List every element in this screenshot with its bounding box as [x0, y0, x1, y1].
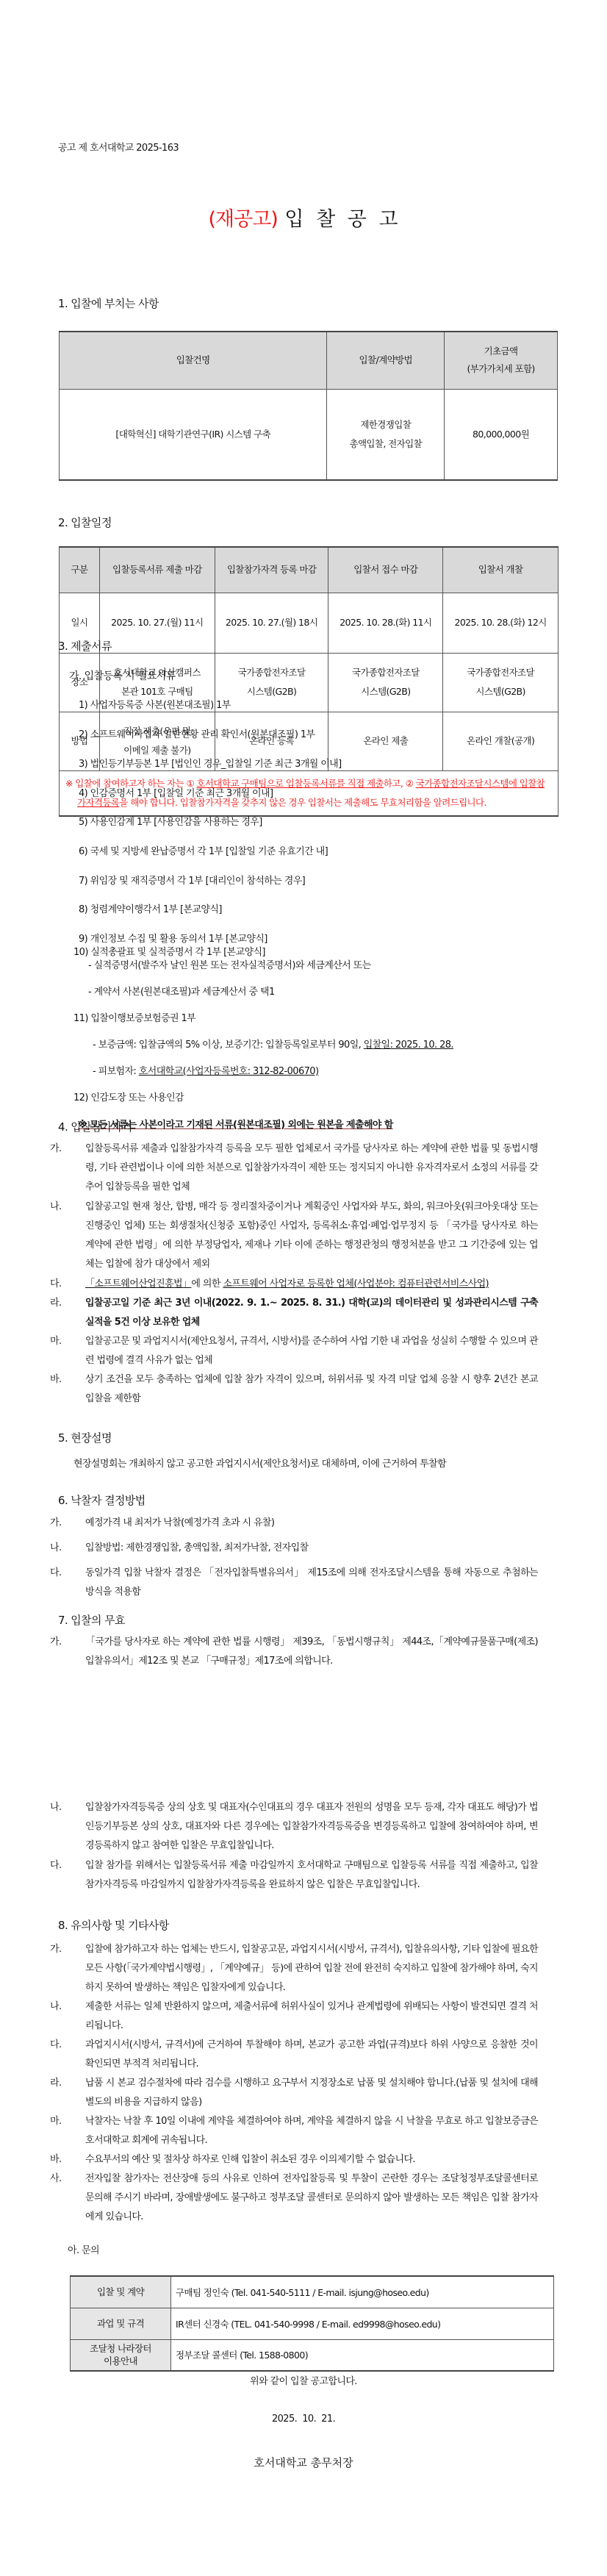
col-header-amount: 기초금액 (부가가치세 포함)	[445, 332, 558, 389]
award-item-ga: 가.예정가격 내 최저가 낙찰(예정가격 초과 시 유찰)	[68, 1514, 538, 1533]
doc-item-11-bond: - 보증금액: 입찰금액의 5% 이상, 보증기간: 입찰등록일로부터 90일,…	[93, 1037, 453, 1051]
section-1-heading: 1. 입찰에 부치는 사항	[58, 296, 159, 311]
note-item-na: 나.제출한 서류는 일체 반환하지 않으며, 제출서류에 허위사실이 있거나 관…	[68, 1997, 538, 2036]
notice-date: 2025. 10. 21.	[0, 2414, 607, 2425]
doc-item-2: 2) 소프트웨어사업자 일반현황 관리 확인서(원본대조필) 1부	[79, 726, 315, 740]
bid-notice-document: 공고 제 호서대학교 2025-163 (재공고) 입 찰 공 고 1. 입찰에…	[0, 0, 607, 2576]
doc-item-5: 5) 사용인감계 1부 [사용인감을 사용하는 경우]	[79, 814, 262, 828]
qualification-item-na: 나.입찰공고일 현재 청산, 합병, 매각 등 정리절차중이거나 계획중인 사업…	[68, 1198, 538, 1274]
title-prefix: (재공고)	[209, 208, 278, 231]
bid-name-cell: [대학혁신] 대학기관연구(IR) 시스템 구축	[60, 389, 327, 480]
col-header-submission-deadline: 입찰서 접수 마감	[328, 547, 443, 593]
section-2-heading: 2. 입찰일정	[58, 515, 112, 530]
section-3-sub-heading: 가. 입찰등록 시 필요서류	[69, 668, 176, 683]
invalid-item-ga: 가.「국가를 당사자로 하는 계약에 관한 법률 시행령」 제39조, 「동법시…	[68, 1633, 538, 1671]
site-briefing-text: 현장설명회는 개최하지 않고 공고한 과업지시서(제안요청서)로 대체하며, 이…	[73, 1456, 446, 1470]
issuer-name: 호서대학교 총무처장	[0, 2455, 607, 2470]
col-header-doc-deadline: 입찰등록서류 제출 마감	[99, 547, 215, 593]
invalid-item-da: 다.입찰 참가를 위해서는 입찰등록서류 제출 마감일까지 호서대학교 구매팀으…	[68, 1856, 538, 1895]
doc-item-7: 7) 위임장 및 재직증명서 각 1부 [대리인이 참석하는 경우]	[79, 873, 305, 887]
note-item-ra: 라.납품 시 본교 검수절차에 따라 검수를 시행하고 요구부서 지정장소로 납…	[68, 2074, 538, 2112]
doc-item-10-sub-2: - 계약서 사본(원본대조필)과 세금계산서 중 택1	[88, 984, 275, 998]
closing-statement: 위와 같이 입찰 공고합니다.	[0, 2373, 607, 2387]
award-item-da: 다.동일가격 입찰 낙찰자 결정은 「전자입찰특별유의서」 제15조에 의해 전…	[68, 1564, 538, 1602]
section-3-heading: 3. 제출서류	[58, 638, 112, 654]
qualification-item-ga: 가.입찰등록서류 제출과 입찰참가자격 등록을 모두 필한 업체로서 국가를 당…	[68, 1139, 538, 1197]
contact-row: 조달청 나라장터이용안내 정부조달 콜센터 (Tel. 1588-0800)	[71, 2339, 554, 2371]
section-7-heading: 7. 입찰의 무효	[58, 1612, 125, 1628]
title-main: 입 찰 공 고	[284, 208, 398, 231]
col-header-qualification-deadline: 입찰참가자격 등록 마감	[215, 547, 328, 593]
col-header-name: 입찰건명	[60, 332, 327, 389]
doc-item-8: 8) 청렴계약이행각서 1부 [본교양식]	[79, 901, 222, 915]
doc-item-10: 10) 실적총괄표 및 실적증명서 각 1부 [본교양식]	[73, 944, 265, 958]
doc-item-6: 6) 국세 및 지방세 완납증명서 각 1부 [입찰일 기준 유효기간 내]	[79, 843, 328, 857]
document-number: 공고 제 호서대학교 2025-163	[58, 140, 179, 154]
contact-table: 입찰 및 계약 구매팀 정인숙 (Tel. 041-540-5111 / E-m…	[70, 2275, 554, 2372]
schedule-row-datetime: 일시 2025. 10. 27.(월) 11시 2025. 10. 27.(월)…	[60, 593, 558, 653]
section-5-heading: 5. 현장설명	[58, 1430, 112, 1445]
award-item-na: 나.입찰방법: 제한경쟁입찰, 총액입찰, 최저가낙찰, 전자입찰	[68, 1539, 538, 1558]
note-item-da: 다.과업지시서(시방서, 규격서)에 근거하여 투찰해야 하며, 본교가 공고한…	[68, 2036, 538, 2074]
col-header-category: 구분	[60, 547, 100, 593]
section-6-heading: 6. 낙찰자 결정방법	[58, 1492, 146, 1508]
doc-item-11-insured: - 피보험자: 호서대학교(사업자등록번호: 312-82-00670)	[93, 1063, 318, 1077]
qualification-item-ba: 바.상기 조건을 모두 충족하는 업체에 입찰 참가 자격이 있으며, 허위서류…	[68, 1370, 538, 1409]
doc-item-12: 12) 인감도장 또는 사용인감	[73, 1090, 184, 1103]
note-item-ma: 마.낙찰자는 낙찰 후 10일 이내에 계약을 체결하여야 하며, 계약을 체결…	[68, 2112, 538, 2150]
doc-item-10-sub-1: - 실적증명서(발주자 날인 원본 또는 전자실적증명서)와 세금계산서 또는	[88, 957, 371, 971]
note-item-sa: 사.전자입찰 참가자는 전산장애 등의 사유로 인하여 전자입찰등록 및 투찰이…	[68, 2169, 538, 2227]
page-title: (재공고) 입 찰 공 고	[0, 203, 607, 232]
note-item-ba: 바.수요부서의 예산 및 절차상 하자로 인해 입찰이 취소된 경우 이의제기할…	[68, 2150, 538, 2169]
bid-item-table: 입찰건명 입찰/계약방법 기초금액 (부가가치세 포함) [대학혁신] 대학기관…	[59, 331, 558, 481]
col-header-method: 입찰/계약방법	[327, 332, 445, 389]
qualification-item-ra: 라.입찰공고일 기준 최근 3년 이내(2022. 9. 1.~ 2025. 8…	[68, 1294, 538, 1332]
note-item-ga: 가.입찰에 참가하고자 하는 업체는 반드시, 입찰공고문, 과업지시서(시방서…	[68, 1940, 538, 1997]
invalid-item-na: 나.입찰참가자격등록증 상의 상호 및 대표자(수인대표의 경우 대표자 전원의…	[68, 1798, 538, 1856]
contact-row: 과업 및 규격 IR센터 신경숙 (TEL. 041-540-9998 / E-…	[71, 2308, 554, 2339]
col-header-opening: 입찰서 개찰	[443, 547, 558, 593]
inquiry-label: 아. 문의	[68, 2242, 99, 2256]
doc-item-4: 4) 인감증명서 1부 [입찰일 기준 최근 3개월 이내]	[79, 785, 273, 799]
doc-item-1: 1) 사업자등록증 사본(원본대조필) 1부	[79, 697, 231, 711]
qualification-item-ma: 마.입찰공고문 및 과업지시서(제안요청서, 규격서, 시방서)를 준수하여 사…	[68, 1332, 538, 1370]
base-amount-cell: 80,000,000원	[445, 389, 558, 480]
section-8-heading: 8. 유의사항 및 기타사항	[58, 1917, 169, 1933]
contact-row: 입찰 및 계약 구매팀 정인숙 (Tel. 041-540-5111 / E-m…	[71, 2276, 554, 2308]
qualification-item-da: 다.「소프트웨어산업진흥법」에 의한 소프트웨어 사업자로 등록한 업체(사업분…	[68, 1275, 538, 1294]
bid-method-cell: 제한경쟁입찰 총액입찰, 전자입찰	[327, 389, 445, 480]
doc-item-9: 9) 개인정보 수집 및 활용 동의서 1부 [본교양식]	[79, 931, 267, 945]
doc-item-11: 11) 입찰이행보증보험증권 1부	[73, 1010, 195, 1024]
section-4-heading: 4. 입찰참가자격	[58, 1119, 132, 1134]
doc-item-3: 3) 법인등기부등본 1부 [법인인 경우_입찰일 기준 최근 3개월 이내]	[79, 756, 342, 770]
